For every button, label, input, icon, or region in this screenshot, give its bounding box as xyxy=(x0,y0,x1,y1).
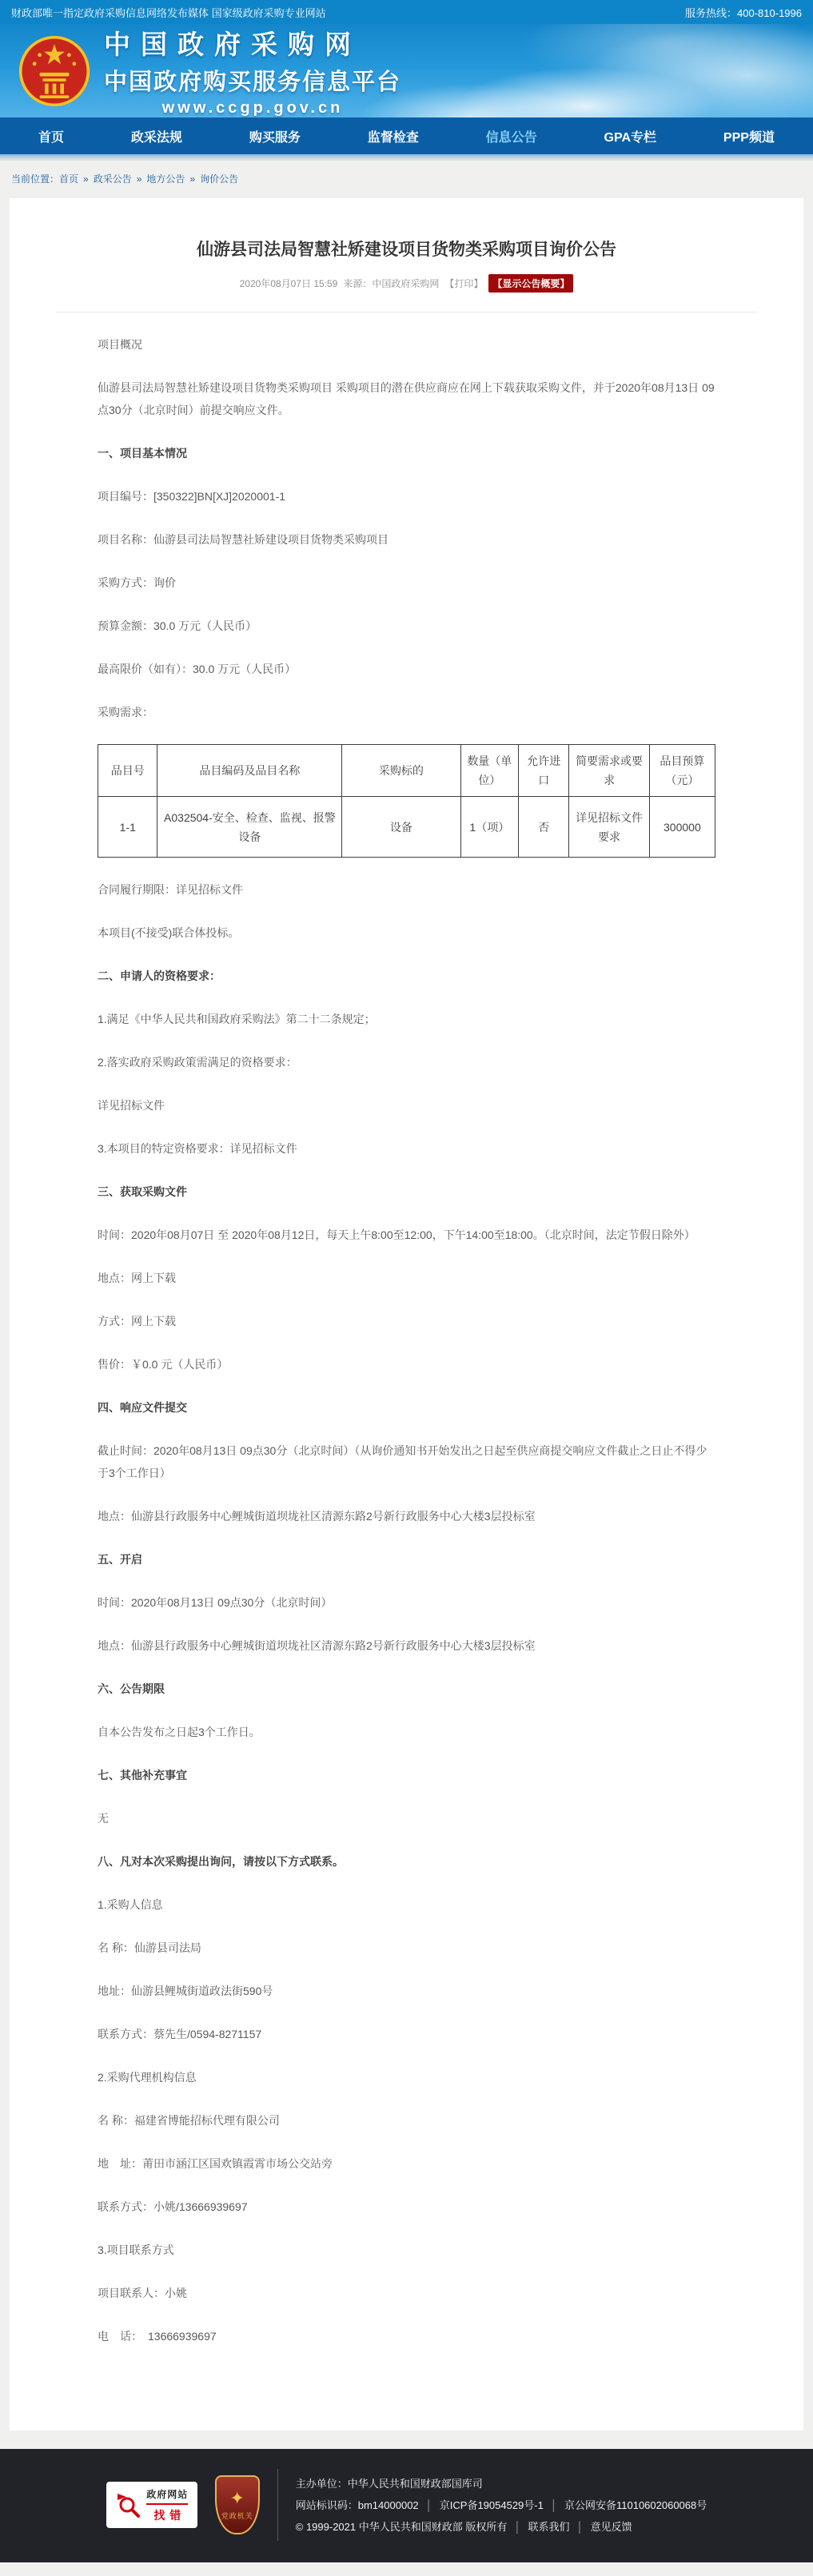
article-body: 项目概况仙游县司法局智慧社矫建设项目货物类采购项目 采购项目的潜在供应商应在网上… xyxy=(10,333,803,2347)
breadcrumb-item-1[interactable]: 政采公告 xyxy=(94,173,132,185)
article-paragraph: 预算金额：30.0 万元（人民币） xyxy=(98,615,715,637)
table-header-cell: 数量（单位） xyxy=(460,745,519,797)
announcement-card: 仙游县司法局智慧社矫建设项目货物类采购项目询价公告 2020年08月07日 15… xyxy=(10,198,803,2431)
breadcrumb-separator: » xyxy=(137,173,142,185)
article-paragraph: 仙游县司法局智慧社矫建设项目货物类采购项目 采购项目的潜在供应商应在网上下载获取… xyxy=(98,376,715,421)
footer-text: 京ICP备19054529号-1 xyxy=(440,2499,544,2511)
article-paragraph: 项目联系人：小姚 xyxy=(98,2282,715,2304)
gov-site-finderror-badge[interactable]: 政府网站 找错 xyxy=(106,2482,197,2528)
article-paragraph: 2.落实政府采购政策需满足的资格要求： xyxy=(98,1051,715,1073)
source-label: 来源：中国政府采购网 xyxy=(343,277,439,290)
article-paragraph: 3.本项目的特定资格要求：详见招标文件 xyxy=(98,1137,715,1160)
footer-separator: │ xyxy=(551,2499,557,2511)
demand-table: 品目号品目编码及品目名称采购标的数量（单位）允许进口简要需求或要求品目预算（元）… xyxy=(98,744,715,858)
footer-divider xyxy=(277,2469,278,2541)
table-cell: 设备 xyxy=(342,797,460,858)
footer-link[interactable]: 联系我们 xyxy=(528,2521,569,2533)
article-paragraph: 地址：仙游县鲤城街道政法街590号 xyxy=(98,1980,715,2002)
table-cell: 1-1 xyxy=(98,797,157,858)
article-meta: 2020年08月07日 15:59 来源：中国政府采购网 【打印】 【显示公告概… xyxy=(10,274,803,293)
footer-separator: │ xyxy=(426,2499,432,2511)
finderror-magnifier-icon xyxy=(115,2491,142,2518)
site-subtitle: 中国政府购买服务信息平台 xyxy=(104,64,401,97)
article-paragraph: 最高限价（如有）：30.0 万元（人民币） xyxy=(98,658,715,680)
section-heading: 三、获取采购文件 xyxy=(98,1181,715,1203)
article-paragraph: 地点：网上下载 xyxy=(98,1267,715,1289)
article-paragraph: 3.项目联系方式 xyxy=(98,2239,715,2261)
topbar-slogan: 财政部唯一指定政府采购信息网络发布媒体 国家级政府采购专业网站 xyxy=(11,5,326,20)
article-paragraph: 联系方式：小姚/13666939697 xyxy=(98,2196,715,2218)
article-paragraph: 电 话： 13666939697 xyxy=(98,2325,715,2347)
finderror-badge-rule xyxy=(146,2503,188,2505)
breadcrumb-prefix: 当前位置： xyxy=(11,173,59,185)
breadcrumb-separator: » xyxy=(83,173,89,185)
nav-item-5[interactable]: GPA专栏 xyxy=(604,127,657,145)
footer-text: 网站标识码：bm14000002 xyxy=(296,2499,419,2511)
site-title: 中国政府采购网 xyxy=(104,24,401,62)
article-paragraph: 自本公告发布之日起3个工作日。 xyxy=(98,1721,715,1743)
nav-item-4[interactable]: 信息公告 xyxy=(486,127,537,145)
finderror-badge-text: 政府网站 找错 xyxy=(146,2487,188,2523)
table-cell: 详见招标文件要求 xyxy=(569,797,649,858)
nav-item-1[interactable]: 政采法规 xyxy=(131,127,182,145)
section-heading: 二、申请人的资格要求： xyxy=(98,965,715,987)
table-cell: 300000 xyxy=(649,797,715,858)
article-paragraph: 详见招标文件 xyxy=(98,1094,715,1117)
footer-separator: │ xyxy=(514,2521,520,2533)
section-heading: 四、响应文件提交 xyxy=(98,1396,715,1419)
article-paragraph: 截止时间：2020年08月13日 09点30分（北京时间）（从询价通知书开始发出… xyxy=(98,1439,715,1484)
breadcrumb-separator: » xyxy=(189,173,195,185)
breadcrumb-item-0[interactable]: 首页 xyxy=(59,173,78,185)
breadcrumb: 当前位置：首页»政采公告»地方公告»询价公告 xyxy=(0,161,813,185)
section-heading: 八、凡对本次采购提出询问，请按以下方式联系。 xyxy=(98,1850,715,1873)
title-divider xyxy=(56,312,757,313)
table-row: 1-1A032504-安全、检查、监视、报警设备设备1（项）否详见招标文件要求3… xyxy=(98,797,715,858)
footer-text: 京公网安备11010602060068号 xyxy=(564,2499,707,2511)
table-header-cell: 品目预算（元） xyxy=(649,745,715,797)
section-heading: 一、项目基本情况 xyxy=(98,442,715,464)
party-gov-shield-badge[interactable]: ✦ 党政机关 xyxy=(215,2475,260,2534)
publish-datetime: 2020年08月07日 15:59 xyxy=(240,277,338,290)
article-paragraph: 2.采购代理机构信息 xyxy=(98,2066,715,2088)
article-paragraph: 1.采购人信息 xyxy=(98,1893,715,1916)
show-summary-button[interactable]: 【显示公告概要】 xyxy=(488,274,573,293)
article-paragraph: 名 称：福建省博能招标代理有限公司 xyxy=(98,2109,715,2132)
article-paragraph: 名 称：仙游县司法局 xyxy=(98,1937,715,1959)
page-title: 仙游县司法局智慧社矫建设项目货物类采购项目询价公告 xyxy=(58,237,755,261)
main-nav: 首页政采法规购买服务监督检查信息公告GPA专栏PPP频道 xyxy=(0,117,813,154)
table-header-cell: 允许进口 xyxy=(519,745,569,797)
national-emblem-icon xyxy=(18,34,91,108)
article-paragraph: 1.满足《中华人民共和国政府采购法》第二十二条规定； xyxy=(98,1008,715,1030)
footer-line-1: 网站标识码：bm14000002│京ICP备19054529号-1│京公网安备1… xyxy=(296,2494,707,2516)
article-paragraph: 采购需求： xyxy=(98,701,715,723)
top-bar: 财政部唯一指定政府采购信息网络发布媒体 国家级政府采购专业网站 服务热线：400… xyxy=(0,0,813,24)
nav-shadow xyxy=(0,154,813,161)
table-header-cell: 品目编码及品目名称 xyxy=(157,745,342,797)
table-cell: 1（项） xyxy=(460,797,519,858)
table-header-cell: 品目号 xyxy=(98,745,157,797)
section-heading: 五、开启 xyxy=(98,1548,715,1571)
footer-line-2: © 1999-2021 中华人民共和国财政部 版权所有│联系我们│意见反馈 xyxy=(296,2516,707,2538)
site-logo-text: 中国政府采购网 中国政府购买服务信息平台 www.ccgp.gov.cn xyxy=(104,24,401,117)
nav-item-0[interactable]: 首页 xyxy=(38,127,64,145)
article-paragraph: 地点：仙游县行政服务中心鲤城街道坝垅社区清源东路2号新行政服务中心大楼3层投标室 xyxy=(98,1634,715,1657)
article-paragraph: 无 xyxy=(98,1807,715,1829)
table-header-cell: 简要需求或要求 xyxy=(569,745,649,797)
article-paragraph: 时间：2020年08月13日 09点30分（北京时间） xyxy=(98,1591,715,1614)
footer-line-0: 主办单位：中华人民共和国财政部国库司 xyxy=(296,2473,707,2494)
article-paragraph: 合同履行期限：详见招标文件 xyxy=(98,878,715,901)
article-paragraph: 采购方式：询价 xyxy=(98,571,715,594)
table-header-cell: 采购标的 xyxy=(342,745,460,797)
breadcrumb-item-3[interactable]: 询价公告 xyxy=(200,173,238,185)
article-paragraph: 方式：网上下载 xyxy=(98,1310,715,1332)
nav-item-2[interactable]: 购买服务 xyxy=(249,127,301,145)
footer-text-block: 主办单位：中华人民共和国财政部国库司网站标识码：bm14000002│京ICP备… xyxy=(296,2473,707,2538)
nav-item-3[interactable]: 监督检查 xyxy=(368,127,419,145)
print-button[interactable]: 【打印】 xyxy=(444,277,483,290)
article-paragraph: 时间：2020年08月07日 至 2020年08月12日，每天上午8:00至12… xyxy=(98,1224,715,1246)
article-paragraph: 项目编号：[350322]BN[XJ]2020001-1 xyxy=(98,485,715,508)
site-header: 中国政府采购网 中国政府购买服务信息平台 www.ccgp.gov.cn xyxy=(0,24,813,117)
article-paragraph: 售价：￥0.0 元（人民币） xyxy=(98,1353,715,1376)
article-paragraph: 本项目(不接受)联合体投标。 xyxy=(98,922,715,944)
hotline-label: 服务热线：400-810-1996 xyxy=(685,5,802,20)
section-heading: 七、其他补充事宜 xyxy=(98,1764,715,1786)
footer-separator: │ xyxy=(576,2521,583,2533)
site-footer: 政府网站 找错 ✦ 党政机关 主办单位：中华人民共和国财政部国库司网站标识码：b… xyxy=(0,2449,813,2562)
site-url: www.ccgp.gov.cn xyxy=(104,99,401,117)
breadcrumb-item-2[interactable]: 地方公告 xyxy=(146,173,185,185)
article-paragraph: 项目概况 xyxy=(98,333,715,356)
table-cell: 否 xyxy=(519,797,569,858)
shield-emblem-icon: ✦ xyxy=(230,2490,245,2507)
table-header-row: 品目号品目编码及品目名称采购标的数量（单位）允许进口简要需求或要求品目预算（元） xyxy=(98,745,715,797)
article-paragraph: 地 址：莆田市涵江区国欢镇霞霄市场公交站旁 xyxy=(98,2152,715,2175)
footer-link[interactable]: 意见反馈 xyxy=(591,2521,632,2533)
footer-text: 主办单位：中华人民共和国财政部国库司 xyxy=(296,2478,483,2490)
article-paragraph: 地点：仙游县行政服务中心鲤城街道坝垅社区清源东路2号新行政服务中心大楼3层投标室 xyxy=(98,1505,715,1527)
section-heading: 六、公告期限 xyxy=(98,1678,715,1700)
footer-text: © 1999-2021 中华人民共和国财政部 版权所有 xyxy=(296,2521,508,2533)
nav-item-6[interactable]: PPP频道 xyxy=(723,127,775,145)
article-paragraph: 联系方式：蔡先生/0594-8271157 xyxy=(98,2023,715,2045)
article-paragraph: 项目名称：仙游县司法局智慧社矫建设项目货物类采购项目 xyxy=(98,528,715,551)
table-cell: A032504-安全、检查、监视、报警设备 xyxy=(157,797,342,858)
